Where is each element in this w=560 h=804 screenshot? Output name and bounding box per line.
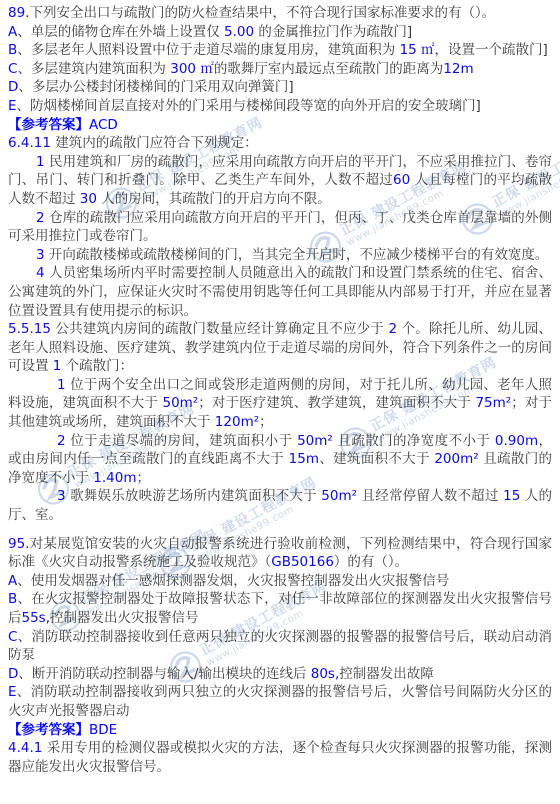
document-content: 89.下列安全出口与疏散门的防火检查结果中，不符合现行国家标准要求的有（）。A、… — [0, 0, 560, 776]
latin-segment: 50m² — [297, 433, 333, 449]
option-item: A、使用发烟器对任一感烟探测器发烟，火灾报警控制器发出火灾报警信号 — [8, 572, 552, 591]
latin-segment: B — [8, 42, 17, 58]
latin-segment: 200m² — [434, 451, 478, 467]
latin-segment: 5.00 — [224, 24, 254, 40]
latin-segment: 60 — [393, 172, 410, 188]
option-item: E、防烟楼梯间首层直接对外的门采用与楼梯间段等宽的向外开启的安全玻璃门] — [8, 97, 552, 116]
answer-label: 【参考答案】 — [8, 722, 89, 738]
latin-segment: 6.4.11 — [8, 135, 51, 151]
latin-segment: 75m² — [475, 395, 511, 411]
latin-segment: D — [8, 79, 18, 95]
latin-segment: 15 — [400, 42, 417, 58]
option-item: E、消防联动控制器接收到两只独立的火灾探测器的报警信号后，火警信号间隔防火分区的… — [8, 683, 552, 720]
latin-segment: 1.40m — [93, 470, 136, 486]
answer-line: 【参考答案】ACD — [8, 116, 552, 135]
latin-segment: 1 — [36, 154, 45, 170]
option-item: C、多层建筑内建筑面积为 300 ㎡的歌舞厅室内最远点至疏散门的距离为12m — [8, 60, 552, 79]
question-text: 95.对某展览馆安装的火灾自动报警系统进行验收前检测，下列检测结果中，符合现行国… — [8, 535, 552, 572]
latin-segment: 1 — [53, 358, 62, 374]
latin-segment: 0.90m — [495, 433, 538, 449]
answer-label: 【参考答案】 — [8, 117, 89, 133]
regulation-item: 1 民用建筑和厂房的疏散门，应采用向疏散方向开启的平开门，不应采用推拉门、卷帘门… — [8, 153, 552, 209]
latin-segment: 95. — [8, 536, 29, 552]
regulation-text: 6.4.11 建筑内的疏散门应符合下列规定： — [8, 134, 552, 153]
latin-segment: 55s, — [22, 610, 51, 626]
regulation-item: 2 仓库的疏散门应采用向疏散方向开启的平开门，但丙、丁、戊类仓库首层靠墙的外侧可… — [8, 209, 552, 246]
latin-segment: 89. — [8, 5, 29, 21]
answer-line: 【参考答案】BDE — [8, 721, 552, 740]
regulation-text: 4.4.1 采用专用的检测仪器或模拟火灾的方法，逐个检查每只火灾探测器的报警功能… — [8, 739, 552, 776]
option-item: B、多层老年人照料设置中位于走道尽端的康复用房，建筑面积为 15 ㎡，设置一个疏… — [8, 41, 552, 60]
latin-segment: E — [8, 98, 17, 114]
latin-segment: C — [8, 61, 17, 77]
regulation-item: 1 位于两个安全出口之间或袋形走道两侧的房间，对于托儿所、幼儿园、老年人照料设施… — [8, 376, 552, 432]
latin-segment: 120m² — [215, 414, 259, 430]
option-item: D、多层办公楼封闭楼梯间的门采用双向弹簧门] — [8, 78, 552, 97]
latin-segment: 50m² — [162, 395, 198, 411]
answer-value: BDE — [89, 722, 117, 738]
latin-segment: GB50166 — [271, 554, 334, 570]
option-item: A、单层的储物仓库在外墙上设置仅 5.00 的金属推拉门作为疏散门] — [8, 23, 552, 42]
latin-segment: A — [8, 573, 17, 589]
regulation-item: 4 人员密集场所内平时需要控制人员随意出入的疏散门和设置门禁系统的住宅、宿舍、公… — [8, 264, 552, 320]
option-item: D、断开消防联动控制器与输入/输出模块的连线后 80s,控制器发出故障 — [8, 665, 552, 684]
latin-segment: 3 — [57, 488, 66, 504]
regulation-item: 2 位于走道尽端的房间，建筑面积小于 50m² 且疏散门的净宽度不小于 0.90… — [8, 432, 552, 488]
latin-segment: 2 — [57, 433, 66, 449]
latin-segment: 30 — [80, 191, 97, 207]
regulation-item: 3 歌舞娱乐放映游艺场所内建筑面积不大于 50m² 且经常停留人数不超过 15 … — [8, 487, 552, 524]
latin-segment: 5.5.15 — [8, 321, 51, 337]
latin-segment: 4.4.1 — [8, 740, 42, 756]
latin-segment: 300 — [170, 61, 196, 77]
latin-segment: 15m — [289, 451, 319, 467]
latin-segment: B — [8, 591, 17, 607]
latin-segment: 50m² — [321, 488, 357, 504]
latin-segment: 4 — [36, 265, 45, 281]
latin-segment: D — [8, 666, 18, 682]
latin-segment: C — [8, 629, 17, 645]
question-text: 89.下列安全出口与疏散门的防火检查结果中，不符合现行国家标准要求的有（）。 — [8, 4, 552, 23]
latin-segment: 12m — [443, 61, 473, 77]
latin-segment: 2 — [36, 210, 45, 226]
latin-segment: 2 — [389, 321, 398, 337]
latin-segment: A — [8, 24, 17, 40]
answer-value: ACD — [89, 117, 118, 133]
latin-segment: 3 — [36, 247, 45, 263]
regulation-item: 3 开向疏散楼梯或疏散楼梯间的门，当其完全开启时，不应减少楼梯平台的有效宽度。 — [8, 246, 552, 265]
regulation-text: 5.5.15 公共建筑内房间的疏散门数量应经计算确定且不应少于 2 个。除托儿所… — [8, 320, 552, 376]
latin-segment: 15 — [503, 488, 520, 504]
latin-segment: 80s, — [311, 666, 340, 682]
latin-segment: E — [8, 684, 17, 700]
latin-segment: ㎡ — [200, 61, 214, 77]
option-item: B、在火灾报警控制器处于故障报警状态下，对任一非故障部位的探测器发出火灾报警信号… — [8, 590, 552, 627]
latin-segment: 1 — [57, 377, 66, 393]
document-page: 正保 建设工程教育网www.jianshe99.com正保 建设工程教育网www… — [0, 0, 560, 804]
spacer — [8, 525, 552, 535]
latin-segment: ㎡ — [421, 42, 435, 58]
option-item: C、消防联动控制器接收到任意两只独立的火灾探测器的报警器的报警信号后，联动启动消… — [8, 628, 552, 665]
